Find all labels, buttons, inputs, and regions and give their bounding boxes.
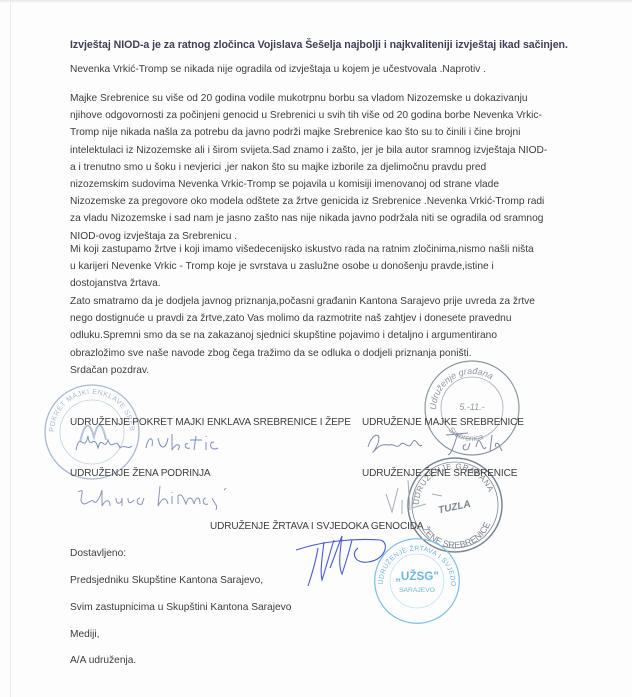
signature-zene-podrinja <box>74 480 234 514</box>
paragraph-line: Mi koji zastupamo žrtve i koji imamo viš… <box>70 241 570 258</box>
signature-zrtava-svjedoka <box>290 528 390 590</box>
paragraph-line: odluku.Spremni smo da se na zakazanoj sj… <box>70 327 570 344</box>
paragraph-3: Mi koji zastupamo žrtve i koji imamo viš… <box>70 241 570 293</box>
distribution-recipient: A/A udruženja. <box>70 655 136 666</box>
distribution-heading: Dostavljeno: <box>70 548 126 559</box>
signatory-org-zene-podrinja: UDRUŽENJE ŽENA PODRINJA <box>70 468 211 479</box>
distribution-recipient: Predsjedniku Skupštine Kantona Sarajevo, <box>70 575 263 586</box>
paragraph-1: Nevenka Vrkić-Tromp se nikada nije ograd… <box>70 61 570 78</box>
paragraph-line: intelektulaci iz Nizozemske ali i širom … <box>70 142 570 159</box>
signature-majke-srebrenice <box>362 425 512 461</box>
closing-salutation: Srdačan pozdrav. <box>70 365 149 376</box>
paragraph-4: Zato smatramo da je dodjela javnog prizn… <box>70 293 570 362</box>
distribution-recipient: Svim zastupnicima u Skupštini Kantona Sa… <box>70 602 291 613</box>
paragraph-line: nizozemskim sudovima Nevenka Vrkic-Tromp… <box>70 176 570 193</box>
paragraph-line: Zato smatramo da je dodjela javnog prizn… <box>70 293 570 310</box>
stamp-city: SARAJEVO <box>399 587 435 594</box>
paragraph-line: Majke Srebrenice su više od 20 godina vo… <box>70 90 570 107</box>
page-edge-line <box>10 0 11 697</box>
paragraph-line: Nevenka Vrkić-Tromp se nikada nije ograd… <box>70 61 570 78</box>
paragraph-2: Majke Srebrenice su više od 20 godina vo… <box>70 90 570 245</box>
distribution-recipient: Mediji, <box>70 629 99 640</box>
paragraph-line: Nizozemske za pregovore oko modela odšte… <box>70 193 570 210</box>
paragraph-line: obrazložimo sve naše navode zbog čega tr… <box>70 345 570 362</box>
document-title: Izvještaj NIOD-a je za ratnog zločinca V… <box>70 39 568 51</box>
signature-zene-srebrenice <box>382 470 462 520</box>
signature-pokret-majki <box>72 426 242 460</box>
paragraph-line: dostojanstva žrtava. <box>70 275 570 292</box>
paragraph-line: a i trenutno smo u šoku i nevjerici ,jer… <box>70 159 570 176</box>
paragraph-line: za vladu Nizozemske i sad nam je jasno z… <box>70 210 570 227</box>
paragraph-line: njihove odgovornosti za počinjeni genoci… <box>70 107 570 124</box>
page-top-shadow <box>0 0 632 3</box>
paragraph-line: nego dostignuće u pravdi za žrtve,zato V… <box>70 310 570 327</box>
paragraph-line: u karijeri Nevenke Vrkic - Tromp koje je… <box>70 258 570 275</box>
paragraph-line: Tromp nije nikada našla za potrebu da ja… <box>70 124 570 141</box>
stamp-acronym: „UŽSG" <box>395 570 439 583</box>
stamp-date: 5.-11.- <box>459 402 484 412</box>
